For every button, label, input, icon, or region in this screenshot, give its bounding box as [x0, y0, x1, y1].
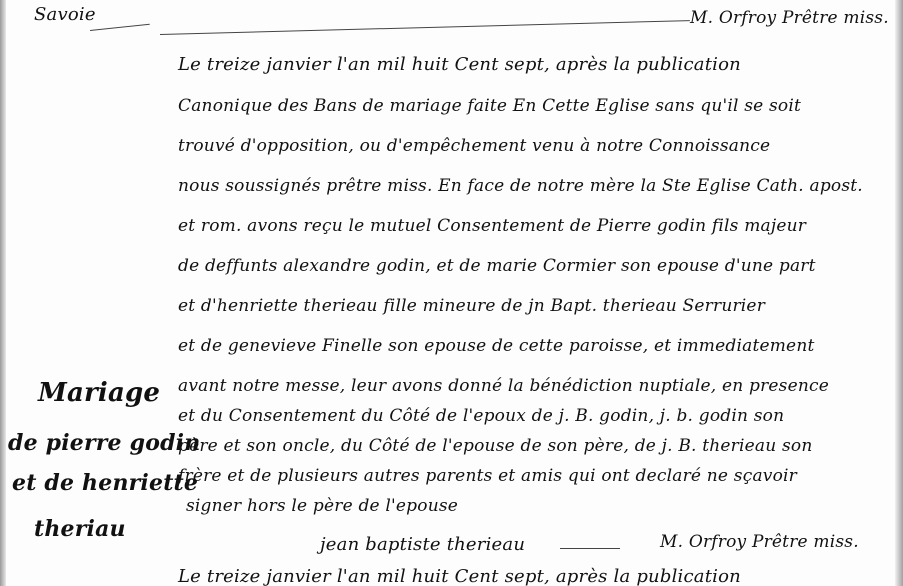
witness-signature: jean baptiste therieau — [320, 534, 525, 555]
page-left-edge — [0, 0, 6, 586]
body-line-2: Canonique des Bans de mariage faite En C… — [178, 96, 801, 116]
body-line-10: et du Consentement du Côté de l'epoux de… — [178, 406, 784, 426]
margin-title-mariage: Mariage — [38, 378, 160, 408]
body-line-6: de deffunts alexandre godin, et de marie… — [178, 256, 816, 276]
body-line-12: frère et de plusieurs autres parents et … — [178, 466, 797, 486]
body-line-5: et rom. avons reçu le mutuel Consentemen… — [178, 216, 806, 236]
register-page: Savoie M. Orfroy Prêtre miss. Mariage de… — [0, 0, 903, 586]
separator-line-top — [160, 20, 690, 35]
page-right-edge — [895, 0, 903, 586]
body-line-11: père et son oncle, du Côté de l'epouse d… — [178, 436, 812, 456]
priest-signature: M. Orfroy Prêtre miss. — [660, 532, 859, 552]
signature-dash — [560, 548, 620, 549]
body-line-3: trouvé d'opposition, ou d'empêchement ve… — [178, 136, 770, 156]
margin-groom-name: de pierre godin — [8, 430, 200, 456]
margin-bride-surname: theriau — [34, 516, 126, 542]
margin-bride-name: et de henriette — [12, 470, 198, 496]
body-line-1: Le treize janvier l'an mil huit Cent sep… — [178, 54, 741, 75]
body-line-4: nous soussignés prêtre miss. En face de … — [178, 176, 863, 196]
body-line-8: et de genevieve Finelle son epouse de ce… — [178, 336, 815, 356]
body-line-13: signer hors le père de l'epouse — [186, 496, 458, 516]
previous-priest-signature: M. Orfroy Prêtre miss. — [690, 8, 889, 28]
body-line-7: et d'henriette therieau fille mineure de… — [178, 296, 765, 316]
previous-entry-flourish — [90, 24, 150, 31]
previous-entry-name: Savoie — [34, 4, 96, 25]
next-entry-start: Le treize janvier l'an mil huit Cent sep… — [178, 566, 741, 586]
body-line-9: avant notre messe, leur avons donné la b… — [178, 376, 829, 396]
